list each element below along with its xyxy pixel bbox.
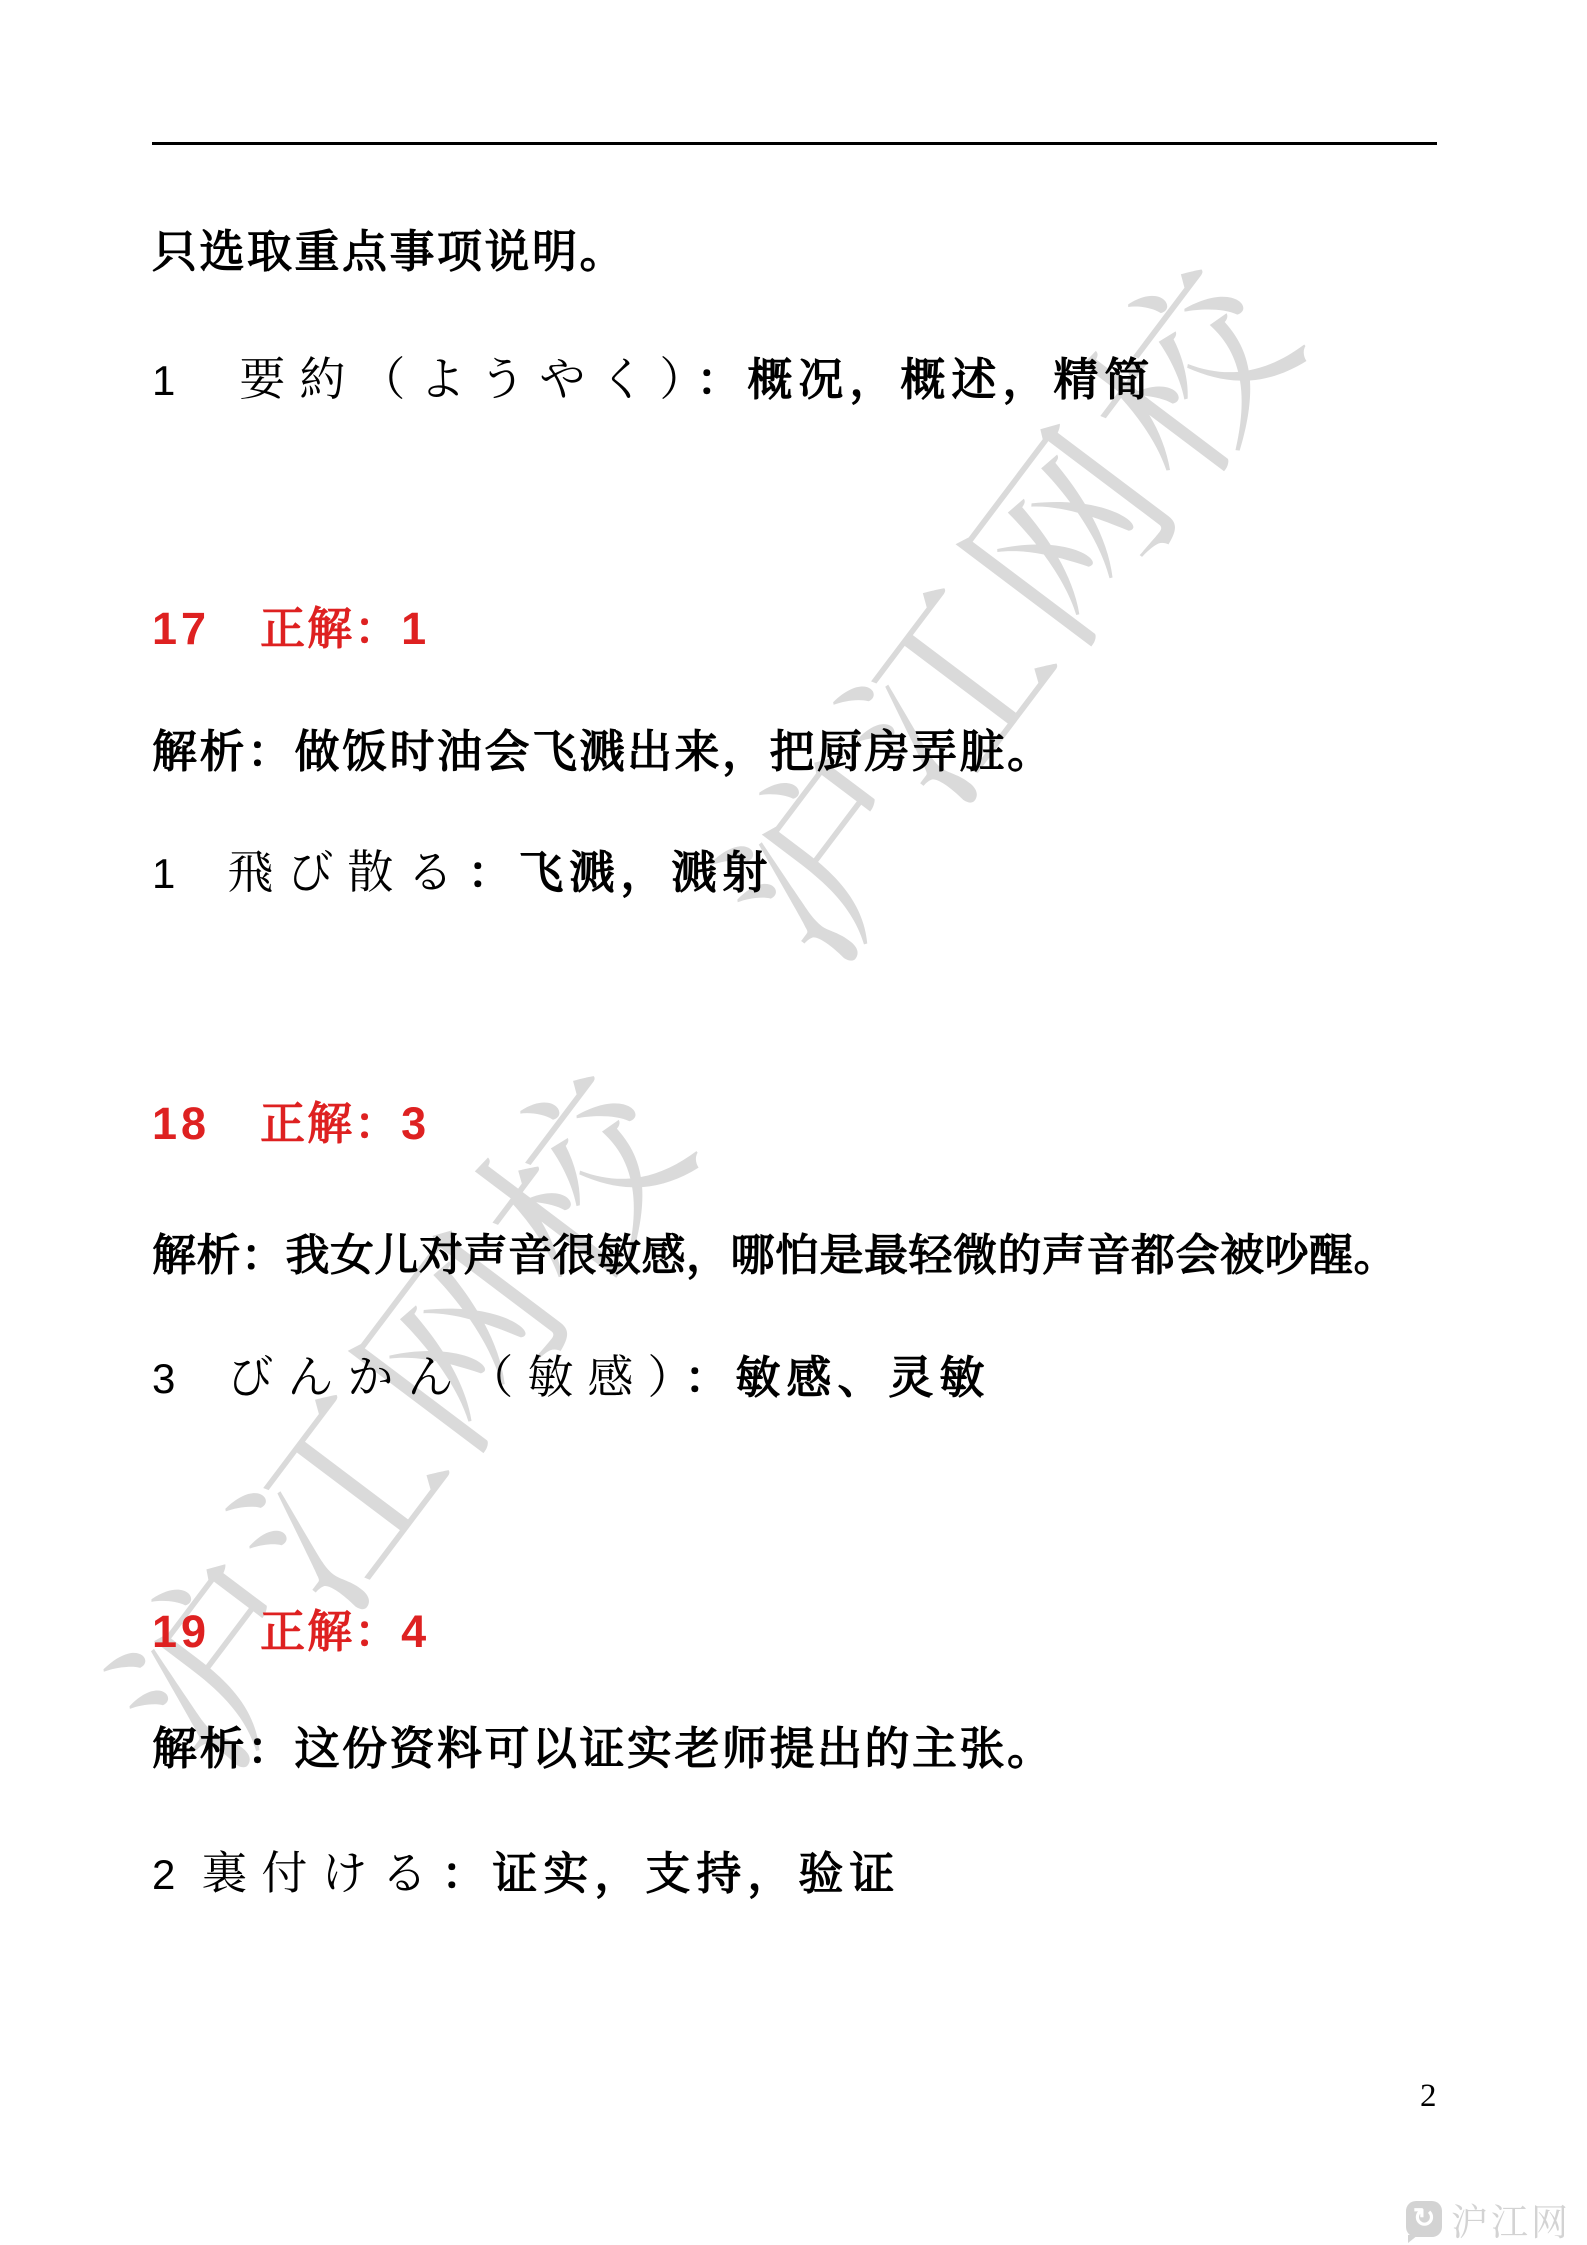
- explanation-19: 解析：这份资料可以证实老师提出的主张。: [152, 1722, 1055, 1776]
- option-number: 2: [152, 1851, 175, 1898]
- question-number: 18: [152, 1098, 210, 1149]
- option-number: 3: [152, 1355, 175, 1402]
- page-number: 2: [1420, 2078, 1437, 2115]
- question-number: 19: [152, 1606, 210, 1657]
- option-number: 1: [152, 357, 175, 404]
- explanation-text: 解析：做饭时油会飞溅出来，把厨房弄脏。: [152, 726, 1055, 777]
- vocab-entry-youyaku: 1要約（ようやく）：概况，概述，精简: [152, 352, 1155, 407]
- intro-text-label: 只选取重点事项说明。: [152, 226, 627, 277]
- hujiang-logo-text: 沪江网: [1451, 2192, 1571, 2245]
- answer-heading-19: 19正解：4: [152, 1605, 428, 1659]
- vocab-entry-uratsukeru: 2裏付ける：证实，支持，验证: [152, 1846, 900, 1901]
- correct-answer-label: 正解：1: [260, 603, 428, 654]
- japanese-word: 飛び散る: [227, 847, 467, 898]
- option-number: 1: [152, 850, 175, 897]
- chinese-meaning: ：证实，支持，验证: [441, 1848, 900, 1899]
- header-rule: [152, 142, 1437, 145]
- question-number: 17: [152, 603, 210, 654]
- chinese-meaning: ：飞溅，溅射: [467, 847, 773, 898]
- explanation-text: 解析：我女儿对声音很敏感，哪怕是最轻微的声音都会被吵醒。: [152, 1231, 1398, 1280]
- chinese-meaning: ：概况，概述，精简: [696, 354, 1155, 405]
- explanation-17: 解析：做饭时油会飞溅出来，把厨房弄脏。: [152, 725, 1055, 779]
- watermark: 沪江网校 沪江网校: [79, 203, 1360, 1807]
- correct-answer-label: 正解：3: [260, 1098, 428, 1149]
- explanation-18: 解析：我女儿对声音很敏感，哪怕是最轻微的声音都会被吵醒。: [152, 1230, 1398, 1283]
- intro-text: 只选取重点事项说明。: [152, 225, 627, 279]
- japanese-word: 裏付ける: [201, 1848, 441, 1899]
- answer-heading-18: 18正解：3: [152, 1097, 428, 1151]
- japanese-word: 要約（ようやく）: [239, 354, 696, 405]
- vocab-entry-tobichiru: 1飛び散る：飞溅，溅射: [152, 845, 773, 900]
- document-page: 沪江网校 沪江网校 只选取重点事项说明。 1要約（ようやく）：概况，概述，精简 …: [0, 0, 1587, 2245]
- vocab-entry-binkan: 3びんかん（敏感）：敏感、灵敏: [152, 1350, 990, 1405]
- explanation-text: 解析：这份资料可以证实老师提出的主张。: [152, 1723, 1055, 1774]
- correct-answer-label: 正解：4: [260, 1606, 428, 1657]
- answer-heading-17: 17正解：1: [152, 602, 428, 656]
- chinese-meaning: ：敏感、灵敏: [684, 1352, 990, 1403]
- hujiang-logo: ↻ 沪江网: [1406, 2192, 1571, 2245]
- circular-arrow-icon: ↻: [1406, 2201, 1442, 2237]
- japanese-word: びんかん（敏感）: [227, 1352, 684, 1403]
